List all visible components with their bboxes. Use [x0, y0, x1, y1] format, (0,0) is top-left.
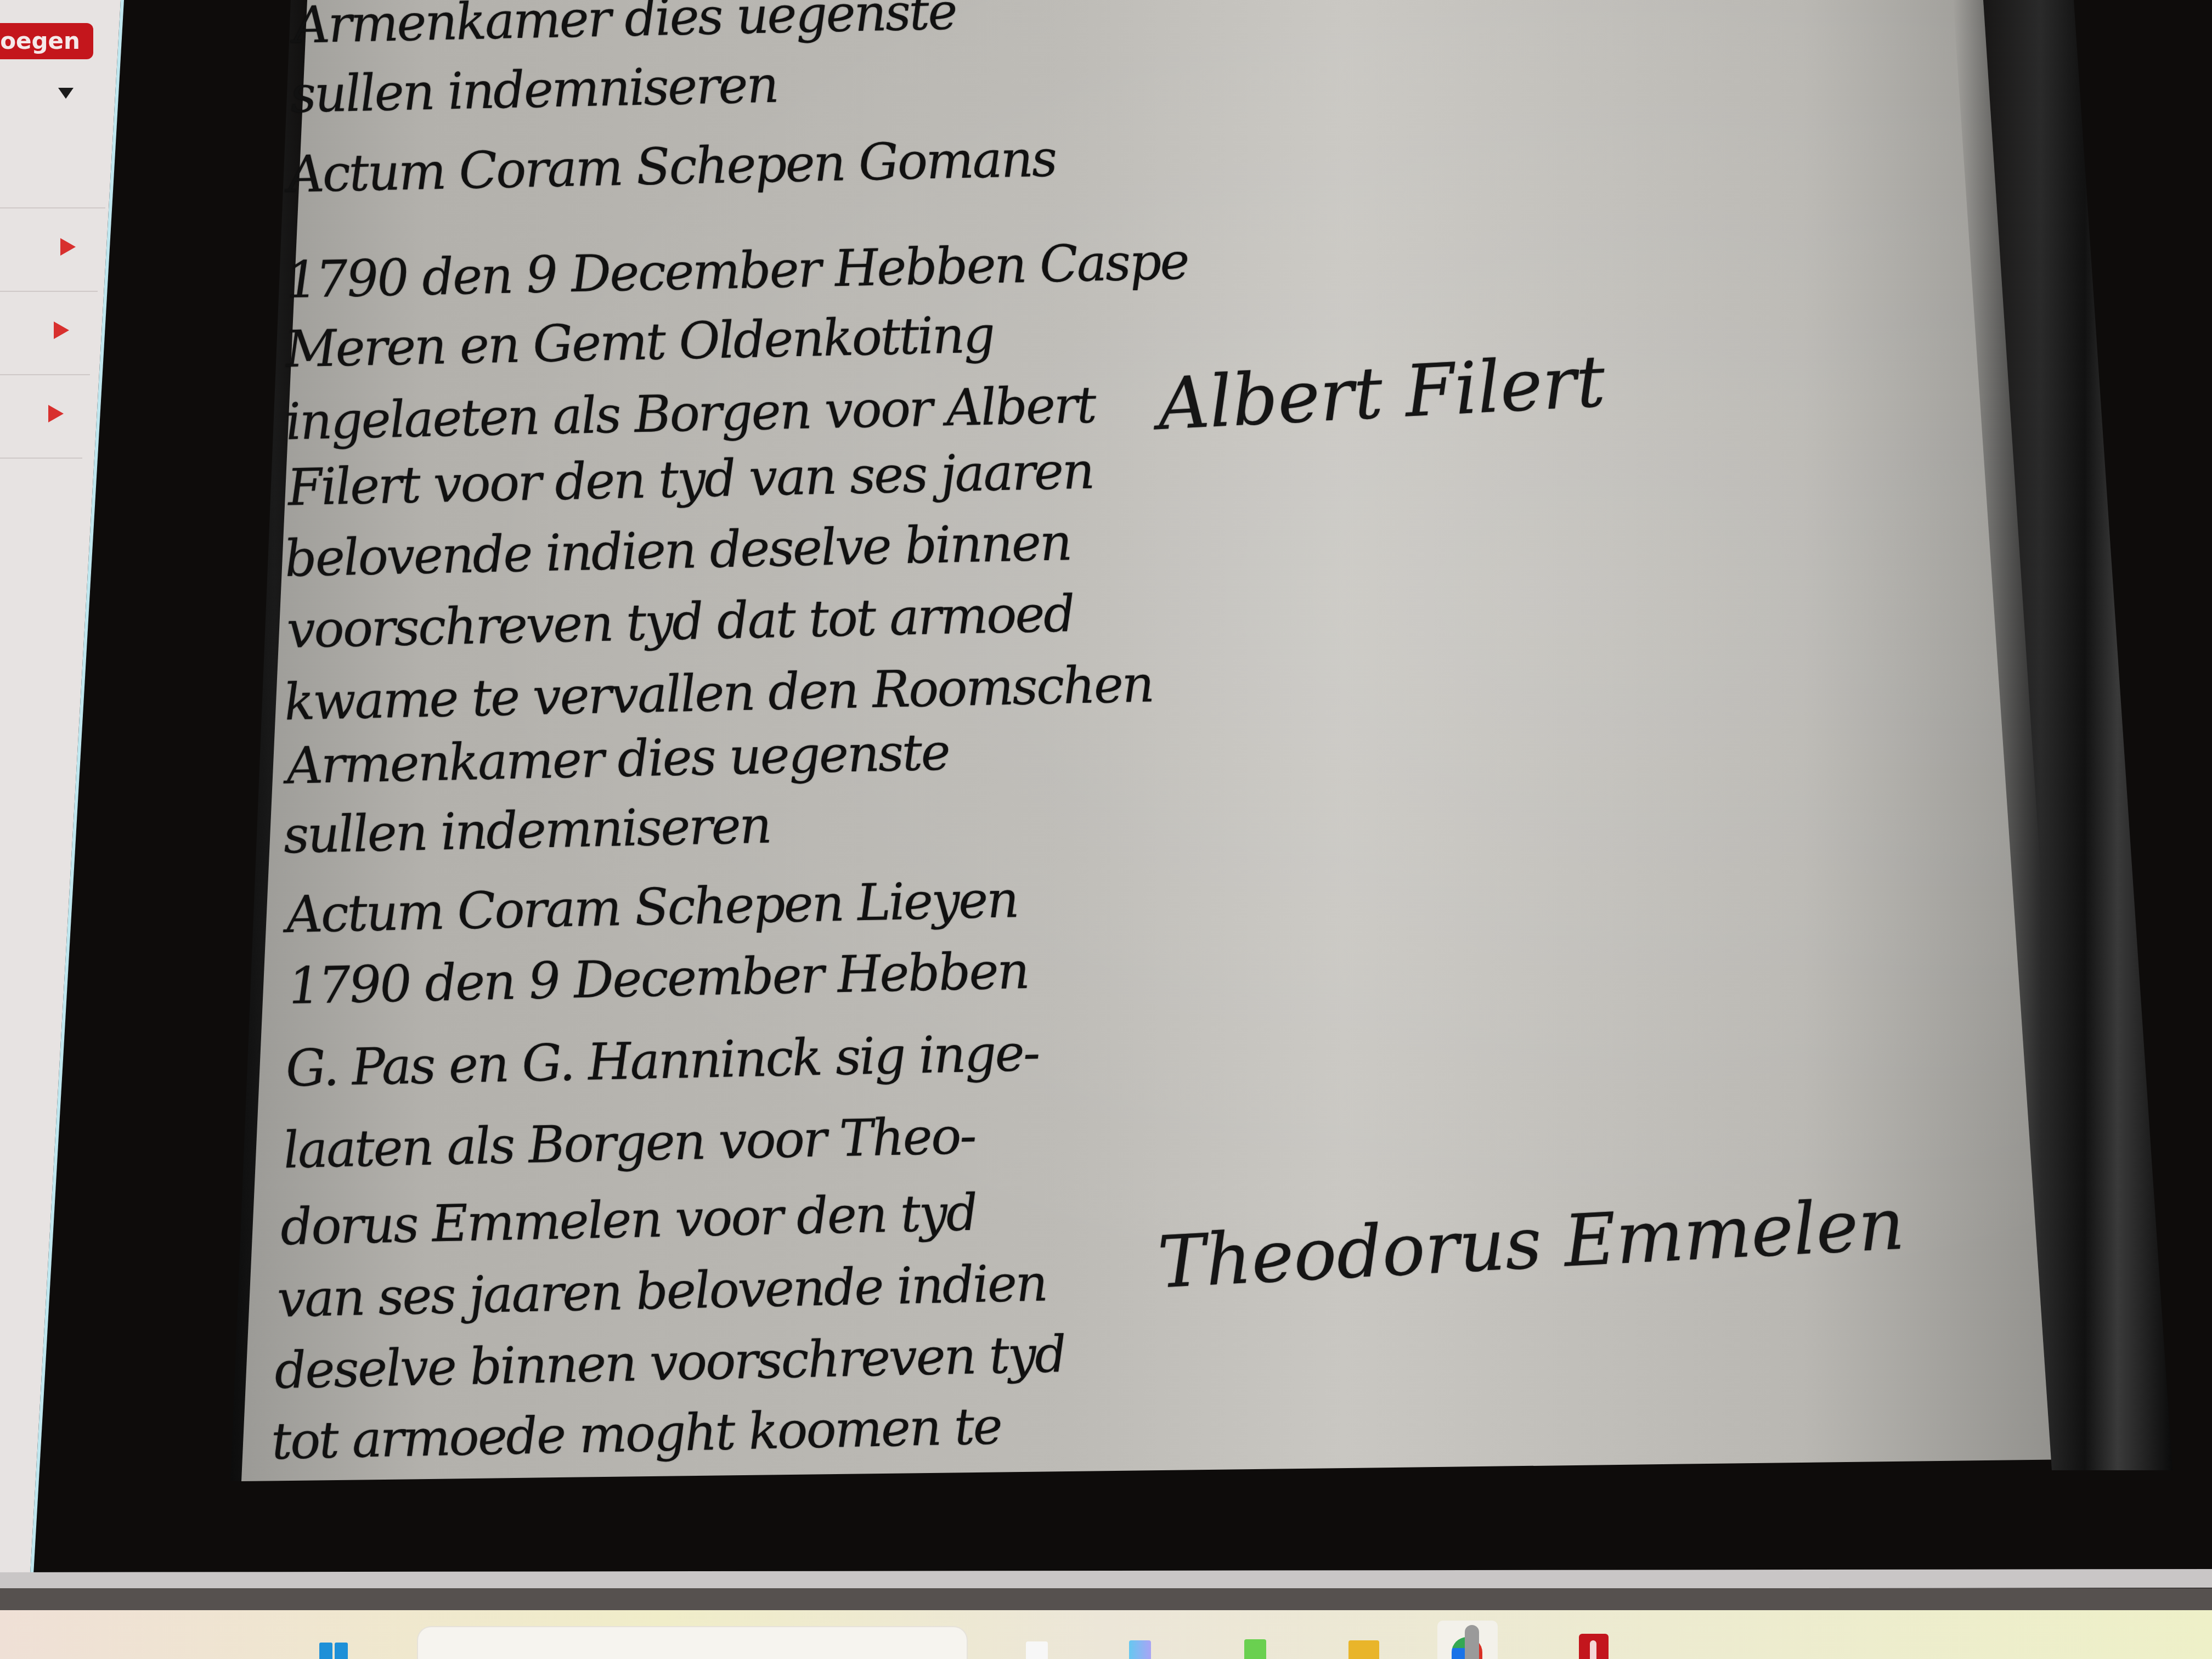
- manuscript-line: deselve binnen voorschreven tyd: [273, 1325, 1066, 1400]
- manuscript-line: Armenkamer dies uegenste: [292, 0, 958, 55]
- task-view-icon[interactable]: [1026, 1641, 1048, 1659]
- manuscript-line: sullen indemniseren: [289, 55, 779, 125]
- monitor-bezel: [0, 1569, 2212, 1591]
- taskbar: [0, 1610, 2212, 1659]
- manuscript-line: 1790 den 9 December Hebben: [287, 941, 1030, 1015]
- green-app-icon[interactable]: [1244, 1639, 1266, 1659]
- widgets-icon[interactable]: [1129, 1640, 1151, 1659]
- manuscript-line: dorus Emmelen voor den tyd: [279, 1183, 978, 1257]
- sidebar-row-3[interactable]: [0, 374, 90, 459]
- chevron-down-icon[interactable]: [58, 88, 74, 99]
- chrome-icon[interactable]: [1437, 1621, 1498, 1659]
- manuscript-text-column: Armenkamer dies uegenste sullen indemnis…: [270, 0, 1200, 1481]
- manuscript-line: Actum Coram Schepen Lieyen: [284, 870, 1019, 944]
- manuscript-line: G. Pas en G. Hanninck sig inge-: [284, 1024, 1040, 1098]
- office-icon[interactable]: [1579, 1634, 1609, 1659]
- sidebar-row-2[interactable]: [0, 291, 98, 375]
- monitor-bezel-shadow: [0, 1588, 2212, 1613]
- manuscript-line: kwame te vervallen den Roomschen: [283, 654, 1154, 731]
- manuscript-line: Filert voor den tyd van ses jaaren: [286, 442, 1094, 517]
- manuscript-line: belovende indien deselve binnen: [283, 513, 1073, 588]
- manuscript-line: tot armoede moght koomen te: [270, 1397, 1003, 1471]
- caret-right-icon[interactable]: [54, 321, 69, 339]
- manuscript-line: Armenkamer dies uegenste: [285, 723, 951, 795]
- manuscript-line: sullen indemniseren: [281, 796, 772, 865]
- manuscript-line: Meren en Gemt Oldenkotting: [284, 305, 995, 379]
- taskbar-search-box[interactable]: [417, 1626, 968, 1659]
- manuscript-line: ingelaeten als Borgen voor Albert: [284, 376, 1097, 452]
- file-explorer-icon[interactable]: [1348, 1640, 1379, 1659]
- caret-right-icon[interactable]: [60, 238, 76, 256]
- manuscript-line: 1790 den 9 December Hebben Caspe: [284, 232, 1190, 309]
- manuscript-line: Actum Coram Schepen Gomans: [286, 129, 1057, 204]
- caret-right-icon[interactable]: [48, 405, 64, 422]
- manuscript-line: voorschreven tyd dat tot armoed: [285, 584, 1075, 659]
- windows-start-icon[interactable]: [319, 1643, 348, 1659]
- add-button[interactable]: voegen: [0, 23, 93, 59]
- manuscript-line: van ses jaaren belovende indien: [276, 1254, 1048, 1328]
- manuscript-line: laaten als Borgen voor Theo-: [281, 1107, 977, 1180]
- sidebar-row-1[interactable]: [0, 207, 105, 292]
- sidebar-divider: [0, 458, 82, 460]
